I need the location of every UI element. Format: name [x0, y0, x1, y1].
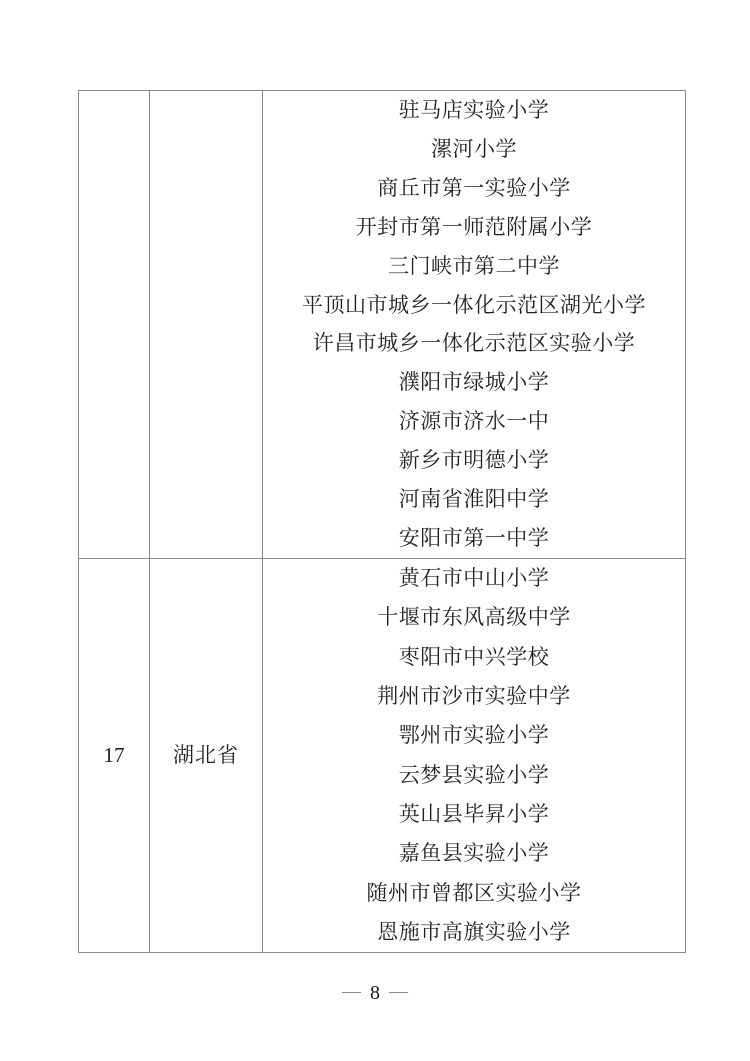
school-name: 商丘市第一实验小学	[267, 169, 681, 208]
school-name: 十堰市东风高级中学	[267, 598, 681, 637]
school-name: 随州市曾都区实验小学	[267, 873, 681, 912]
school-name: 云梦县实验小学	[267, 755, 681, 794]
footer-dash-left: —	[342, 981, 361, 1003]
province-cell: 湖北省	[150, 559, 263, 952]
school-name: 驻马店实验小学	[267, 91, 681, 130]
school-name: 平顶山市城乡一体化示范区湖光小学	[267, 286, 681, 325]
school-name: 濮阳市绿城小学	[267, 363, 681, 402]
school-name: 英山县毕昇小学	[267, 795, 681, 834]
school-list: 驻马店实验小学 漯河小学 商丘市第一实验小学 开封市第一师范附属小学 三门峡市第…	[263, 91, 685, 558]
page-footer: — 8 —	[0, 982, 750, 1005]
school-name: 安阳市第一中学	[267, 519, 681, 558]
page-number: 8	[370, 982, 380, 1005]
school-table: 驻马店实验小学 漯河小学 商丘市第一实验小学 开封市第一师范附属小学 三门峡市第…	[78, 90, 686, 953]
school-name: 河南省淮阳中学	[267, 480, 681, 519]
document-page: 驻马店实验小学 漯河小学 商丘市第一实验小学 开封市第一师范附属小学 三门峡市第…	[0, 0, 750, 1061]
province-cell	[150, 91, 263, 558]
school-list: 黄石市中山小学 十堰市东风高级中学 枣阳市中兴学校 荆州市沙市实验中学 鄂州市实…	[263, 559, 685, 952]
school-name: 许昌市城乡一体化示范区实验小学	[267, 325, 681, 364]
school-name: 黄石市中山小学	[267, 559, 681, 598]
row-number-cell	[79, 91, 150, 558]
school-name: 开封市第一师范附属小学	[267, 208, 681, 247]
school-name: 枣阳市中兴学校	[267, 638, 681, 677]
footer-dash-right: —	[389, 981, 408, 1003]
school-name: 荆州市沙市实验中学	[267, 677, 681, 716]
school-name: 三门峡市第二中学	[267, 247, 681, 286]
school-name: 鄂州市实验小学	[267, 716, 681, 755]
school-name: 嘉鱼县实验小学	[267, 834, 681, 873]
row-number-cell: 17	[79, 559, 150, 952]
table-row-17: 17 湖北省 黄石市中山小学 十堰市东风高级中学 枣阳市中兴学校 荆州市沙市实验…	[79, 559, 685, 952]
school-name: 恩施市高旗实验小学	[267, 913, 681, 952]
school-name: 漯河小学	[267, 130, 681, 169]
school-name: 新乡市明德小学	[267, 441, 681, 480]
school-name: 济源市济水一中	[267, 402, 681, 441]
table-row-continued: 驻马店实验小学 漯河小学 商丘市第一实验小学 开封市第一师范附属小学 三门峡市第…	[79, 91, 685, 559]
